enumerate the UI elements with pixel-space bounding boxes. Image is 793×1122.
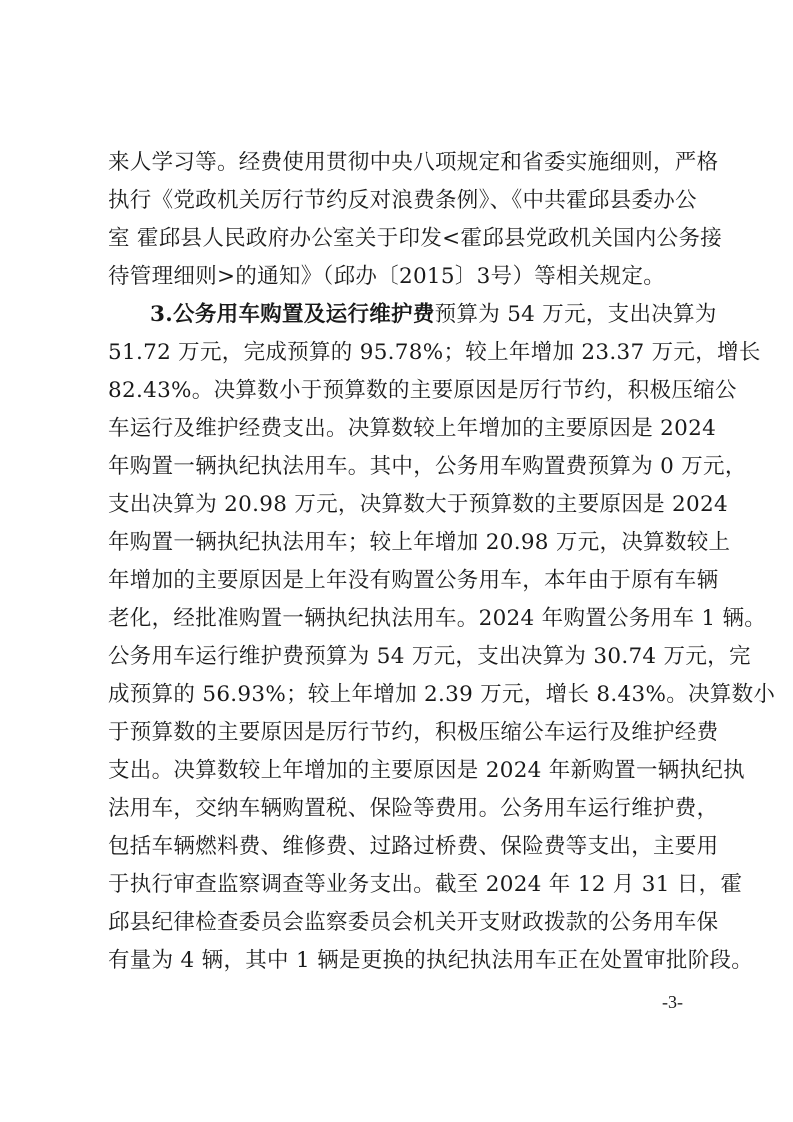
text-line: 支出决算为 20.98 万元，决算数大于预算数的主要原因是 2024	[108, 486, 694, 524]
text-line: 支出。决算数较上年增加的主要原因是 2024 年新购置一辆执纪执	[108, 752, 694, 790]
section-heading-rest: 预算为 54 万元，支出决算为	[435, 302, 717, 327]
text-line: 邱县纪律检查委员会监察委员会机关开支财政拨款的公务用车保	[108, 904, 694, 942]
text-line: 于预算数的主要原因是厉行节约，积极压缩公车运行及维护经费	[108, 714, 694, 752]
text-line: 82.43%。决算数小于预算数的主要原因是厉行节约，积极压缩公	[108, 372, 694, 410]
text-line: 有量为 4 辆，其中 1 辆是更换的执纪执法用车正在处置审批阶段。	[108, 942, 694, 980]
text-line: 年购置一辆执纪执法用车。其中，公务用车购置费预算为 0 万元，	[108, 448, 694, 486]
text-line: 公务用车运行维护费预算为 54 万元，支出决算为 30.74 万元，完	[108, 638, 694, 676]
text-line: 于执行审查监察调查等业务支出。截至 2024 年 12 月 31 日，霍	[108, 866, 694, 904]
text-line: 待管理细则>的通知》（邱办〔2015〕3号）等相关规定。	[108, 258, 694, 296]
section-heading: 3.公务用车购置及运行维护费	[150, 302, 435, 327]
text-line: 成预算的 56.93%；较上年增加 2.39 万元，增长 8.43%。决算数小	[108, 676, 694, 714]
text-line: 51.72 万元，完成预算的 95.78%；较上年增加 23.37 万元，增长	[108, 334, 694, 372]
text-line: 执行《党政机关厉行节约反对浪费条例》、《中共霍邱县委办公	[108, 182, 694, 220]
text-line: 年增加的主要原因是上年没有购置公务用车，本年由于原有车辆	[108, 562, 694, 600]
text-line: 包括车辆燃料费、维修费、过路过桥费、保险费等支出，主要用	[108, 828, 694, 866]
text-line: 来人学习等。经费使用贯彻中央八项规定和省委实施细则，严格	[108, 144, 694, 182]
section-heading-line: 3.公务用车购置及运行维护费预算为 54 万元，支出决算为	[108, 296, 694, 334]
text-line: 年购置一辆执纪执法用车；较上年增加 20.98 万元，决算数较上	[108, 524, 694, 562]
body-text: 来人学习等。经费使用贯彻中央八项规定和省委实施细则，严格 执行《党政机关厉行节约…	[108, 144, 694, 980]
text-line: 法用车，交纳车辆购置税、保险等费用。公务用车运行维护费，	[108, 790, 694, 828]
document-page: 来人学习等。经费使用贯彻中央八项规定和省委实施细则，严格 执行《党政机关厉行节约…	[0, 0, 793, 1122]
text-line: 车运行及维护经费支出。决算数较上年增加的主要原因是 2024	[108, 410, 694, 448]
page-number: -3-	[662, 992, 683, 1013]
text-line: 室 霍邱县人民政府办公室关于印发<霍邱县党政机关国内公务接	[108, 220, 694, 258]
text-line: 老化，经批准购置一辆执纪执法用车。2024 年购置公务用车 1 辆。	[108, 600, 694, 638]
